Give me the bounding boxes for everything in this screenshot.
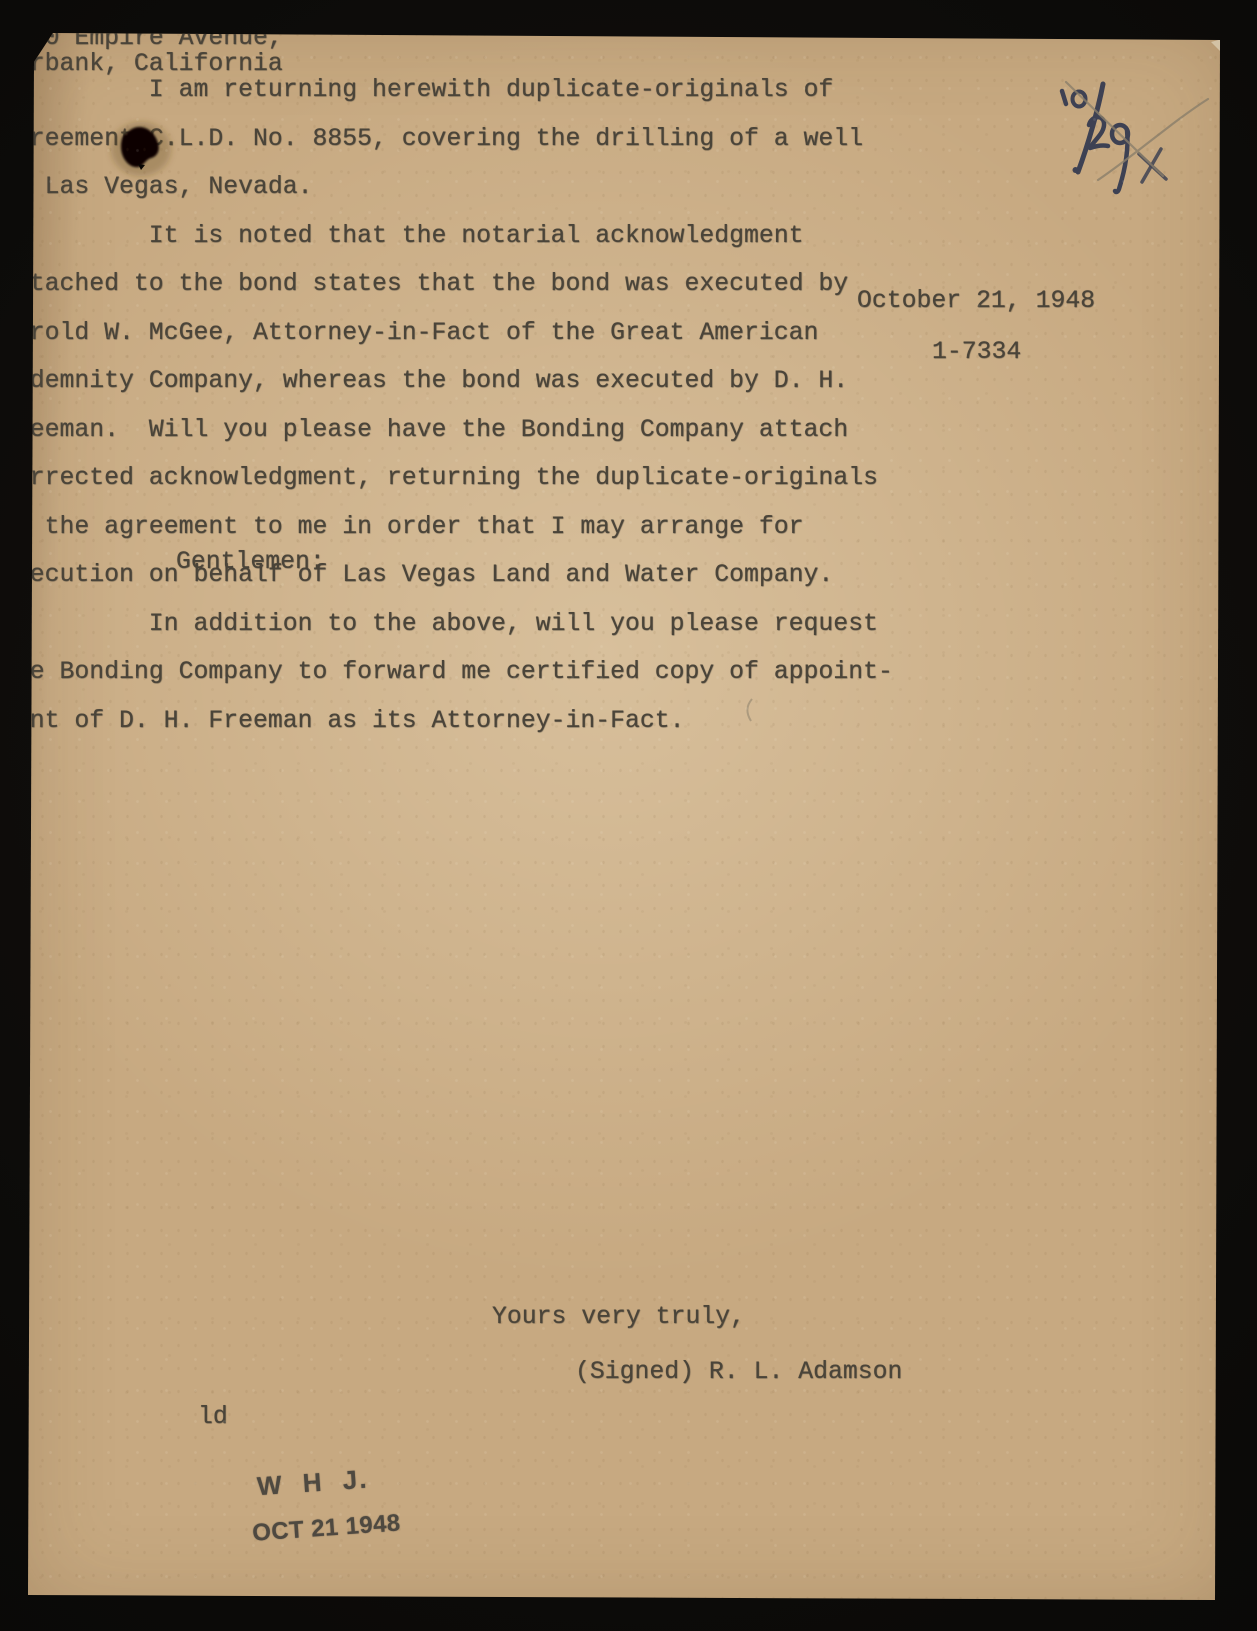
typist-initials: ld xyxy=(198,1405,228,1430)
letter-date: October 21, 1948 xyxy=(857,289,1095,314)
closing-line: Yours very truly, xyxy=(492,1305,745,1330)
recipient-line: Barber-Bridge Drilling Corporation, Ltd.… xyxy=(0,0,1257,26)
stamp-initials: W H J. xyxy=(256,1464,398,1500)
letter-body-line: It is noted that the notarial acknowledg… xyxy=(0,224,1257,273)
recipient-address-block: Barber-Bridge Drilling Corporation, Ltd.… xyxy=(0,0,1257,78)
letter-body-line: In addition to the above, will you pleas… xyxy=(0,612,1257,661)
received-date-stamp: W H J. OCT 21 1948 xyxy=(246,1432,404,1578)
letter-body-line: Harold W. McGee, Attorney-in-Fact of the… xyxy=(0,321,1257,370)
letter-body-line: ment of D. H. Freeman as its Attorney-in… xyxy=(0,709,1257,758)
recipient-line: Burbank, California xyxy=(0,52,1257,78)
stamp-date: OCT 21 1948 xyxy=(252,1511,402,1545)
scan-backdrop: October 21, 1948 1-7334 Barber-Bridge Dr… xyxy=(0,0,1257,1631)
signature-line: (Signed) R. L. Adamson xyxy=(575,1360,902,1385)
letter-body-line: agreement C.L.D. No. 8855, covering the … xyxy=(0,127,1257,176)
letter-body-line: at Las Vegas, Nevada. xyxy=(0,175,1257,224)
recipient-line: 3020 Empire Avenue, xyxy=(0,26,1257,52)
letter-body-line: I am returning herewith duplicate-origin… xyxy=(0,78,1257,127)
letter-body-line: Indemnity Company, whereas the bond was … xyxy=(0,369,1257,418)
letter-body: I am returning herewith duplicate-origin… xyxy=(0,78,1257,757)
file-reference-number: 1-7334 xyxy=(932,340,1021,365)
letter-page: October 21, 1948 1-7334 Barber-Bridge Dr… xyxy=(0,0,1257,1631)
salutation: Gentlemen: xyxy=(176,550,325,575)
letter-body-line: Freeman. Will you please have the Bondin… xyxy=(0,418,1257,467)
letter-body-line: corrected acknowledgment, returning the … xyxy=(0,466,1257,515)
letter-body-line: the Bonding Company to forward me certif… xyxy=(0,660,1257,709)
